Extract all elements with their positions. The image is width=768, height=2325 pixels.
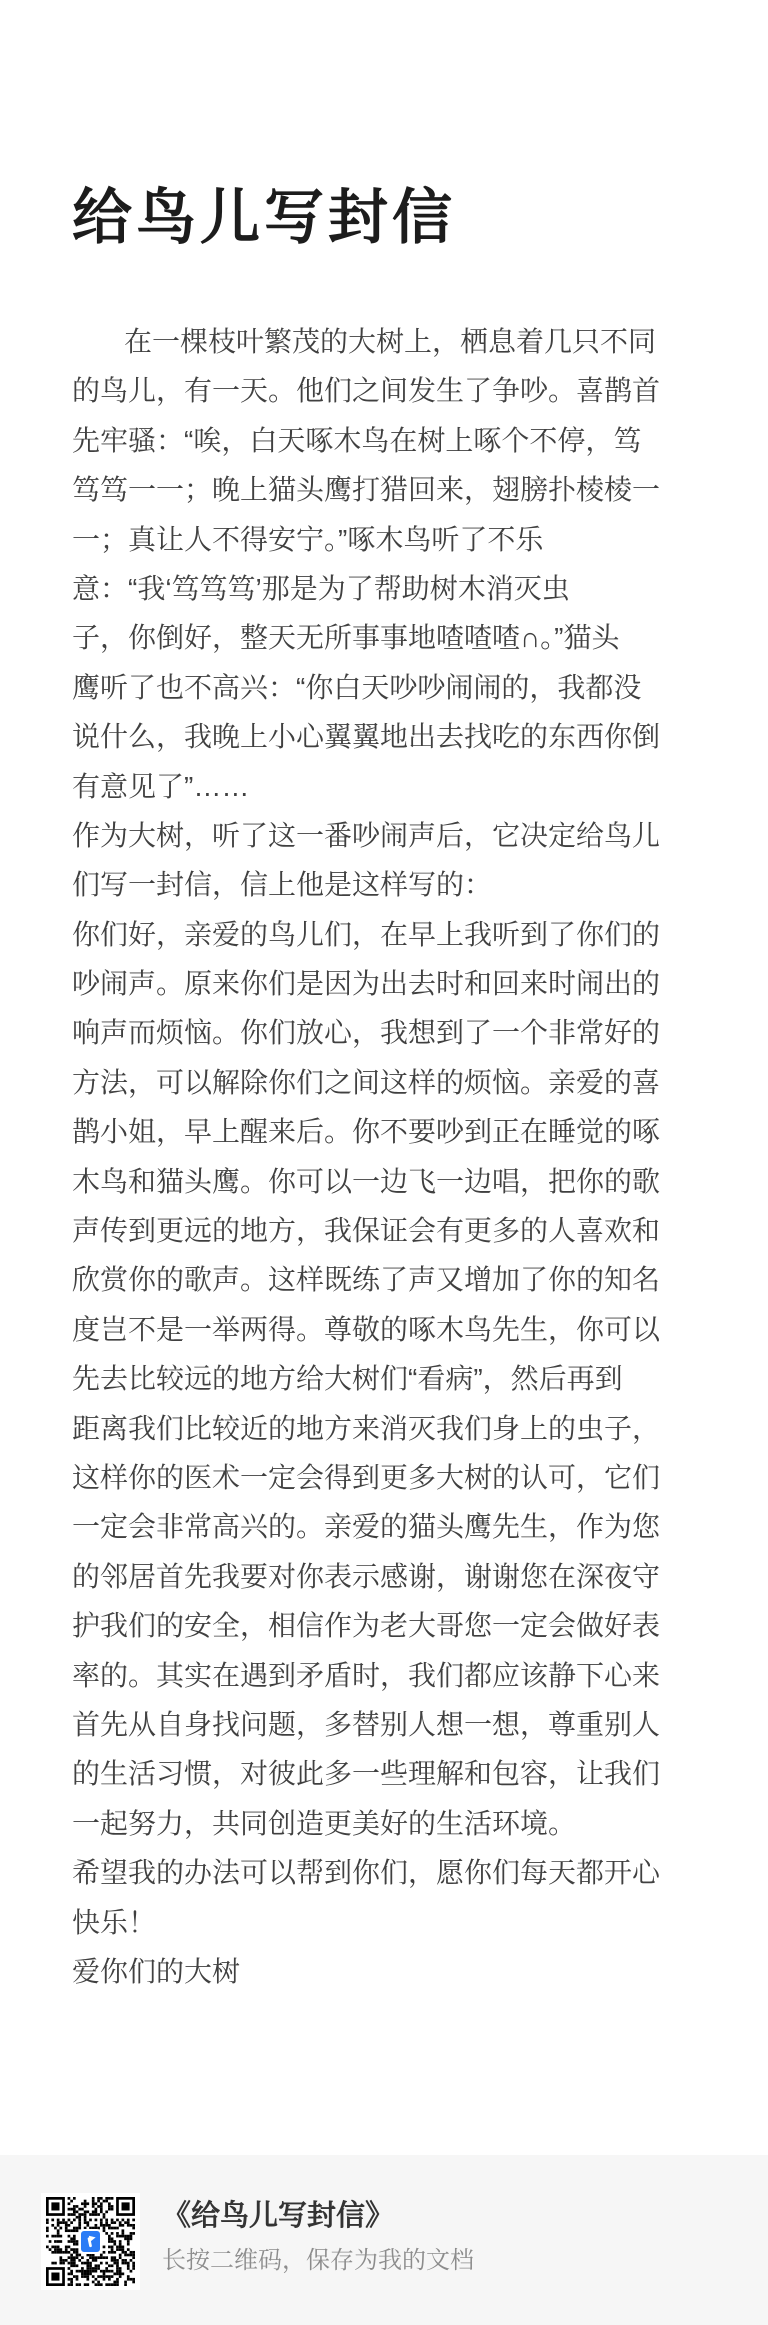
footer-hint: 长按二维码，保存为我的文档 (162, 2245, 474, 2277)
document-page: 给鸟儿写封信 在一棵枝叶繁茂的大树上，栖息着几只不同的鸟儿，有一天。他们之间发生… (0, 0, 768, 1996)
body-line: 一起努力，共同创造更美好的生活环境。 (72, 1799, 696, 1848)
body-line: 距离我们比较近的地方来消灭我们身上的虫子， (72, 1404, 696, 1453)
body-line: 在一棵枝叶繁茂的大树上，栖息着几只不同 (72, 317, 696, 366)
body-line: 度岂不是一举两得。尊敬的啄木鸟先生，你可以 (72, 1305, 696, 1354)
body-line: 率的。其实在遇到矛盾时，我们都应该静下心来 (72, 1651, 696, 1700)
body-line: 方法，可以解除你们之间这样的烦恼。亲爱的喜 (72, 1058, 696, 1107)
body-line: 有意见了”…… (72, 762, 696, 811)
body-line: 先去比较远的地方给大树们“看病”，然后再到 (72, 1354, 696, 1403)
body-line: 一定会非常高兴的。亲爱的猫头鹰先生，作为您 (72, 1502, 696, 1551)
body-line: 说什么，我晚上小心翼翼地出去找吃的东西你倒 (72, 712, 696, 761)
body-line: 的鸟儿，有一天。他们之间发生了争吵。喜鹊首 (72, 366, 696, 415)
body-line: 声传到更远的地方，我保证会有更多的人喜欢和 (72, 1206, 696, 1255)
body-line: 们写一封信，信上他是这样写的： (72, 860, 696, 909)
footer-bar: 《给鸟儿写封信》 长按二维码，保存为我的文档 (0, 2155, 768, 2325)
qr-code[interactable] (41, 2193, 140, 2290)
document-body: 在一棵枝叶繁茂的大树上，栖息着几只不同的鸟儿，有一天。他们之间发生了争吵。喜鹊首… (72, 317, 696, 1996)
body-line: 鹰听了也不高兴：“你白天吵吵闹闹的，我都没 (72, 663, 696, 712)
body-line: 爱你们的大树 (72, 1947, 696, 1996)
footer-doc-title: 《给鸟儿写封信》 (162, 2197, 394, 2235)
page-title: 给鸟儿写封信 (72, 188, 696, 248)
body-line: 护我们的安全，相信作为老大哥您一定会做好表 (72, 1601, 696, 1650)
body-line: 木鸟和猫头鹰。你可以一边飞一边唱，把你的歌 (72, 1157, 696, 1206)
body-line: 这样你的医术一定会得到更多大树的认可，它们 (72, 1453, 696, 1502)
body-line: 子，你倒好，整天无所事事地喳喳喳∩。”猫头 (72, 613, 696, 662)
body-line: 你们好，亲爱的鸟儿们，在早上我听到了你们的 (72, 910, 696, 959)
body-line: 希望我的办法可以帮到你们，愿你们每天都开心 (72, 1848, 696, 1897)
body-line: 快乐！ (72, 1898, 696, 1947)
body-line: 首先从自身找问题，多替别人想一想，尊重别人 (72, 1700, 696, 1749)
tencent-docs-logo-icon (79, 2229, 102, 2254)
body-line: 笃笃一一；晚上猫头鹰打猎回来，翅膀扑棱棱一 (72, 465, 696, 514)
body-line: 先牢骚：“唉，白天啄木鸟在树上啄个不停，笃 (72, 416, 696, 465)
body-line: 响声而烦恼。你们放心，我想到了一个非常好的 (72, 1008, 696, 1057)
body-line: 的邻居首先我要对你表示感谢，谢谢您在深夜守 (72, 1552, 696, 1601)
body-line: 一；真让人不得安宁。”啄木鸟听了不乐 (72, 515, 696, 564)
body-line: 欣赏你的歌声。这样既练了声又增加了你的知名 (72, 1255, 696, 1304)
body-line: 意：“我‘笃笃笃’那是为了帮助树木消灭虫 (72, 564, 696, 613)
body-line: 作为大树，听了这一番吵闹声后，它决定给鸟儿 (72, 811, 696, 860)
body-line: 吵闹声。原来你们是因为出去时和回来时闹出的 (72, 959, 696, 1008)
body-line: 的生活习惯，对彼此多一些理解和包容，让我们 (72, 1749, 696, 1798)
body-line: 鹊小姐，早上醒来后。你不要吵到正在睡觉的啄 (72, 1107, 696, 1156)
